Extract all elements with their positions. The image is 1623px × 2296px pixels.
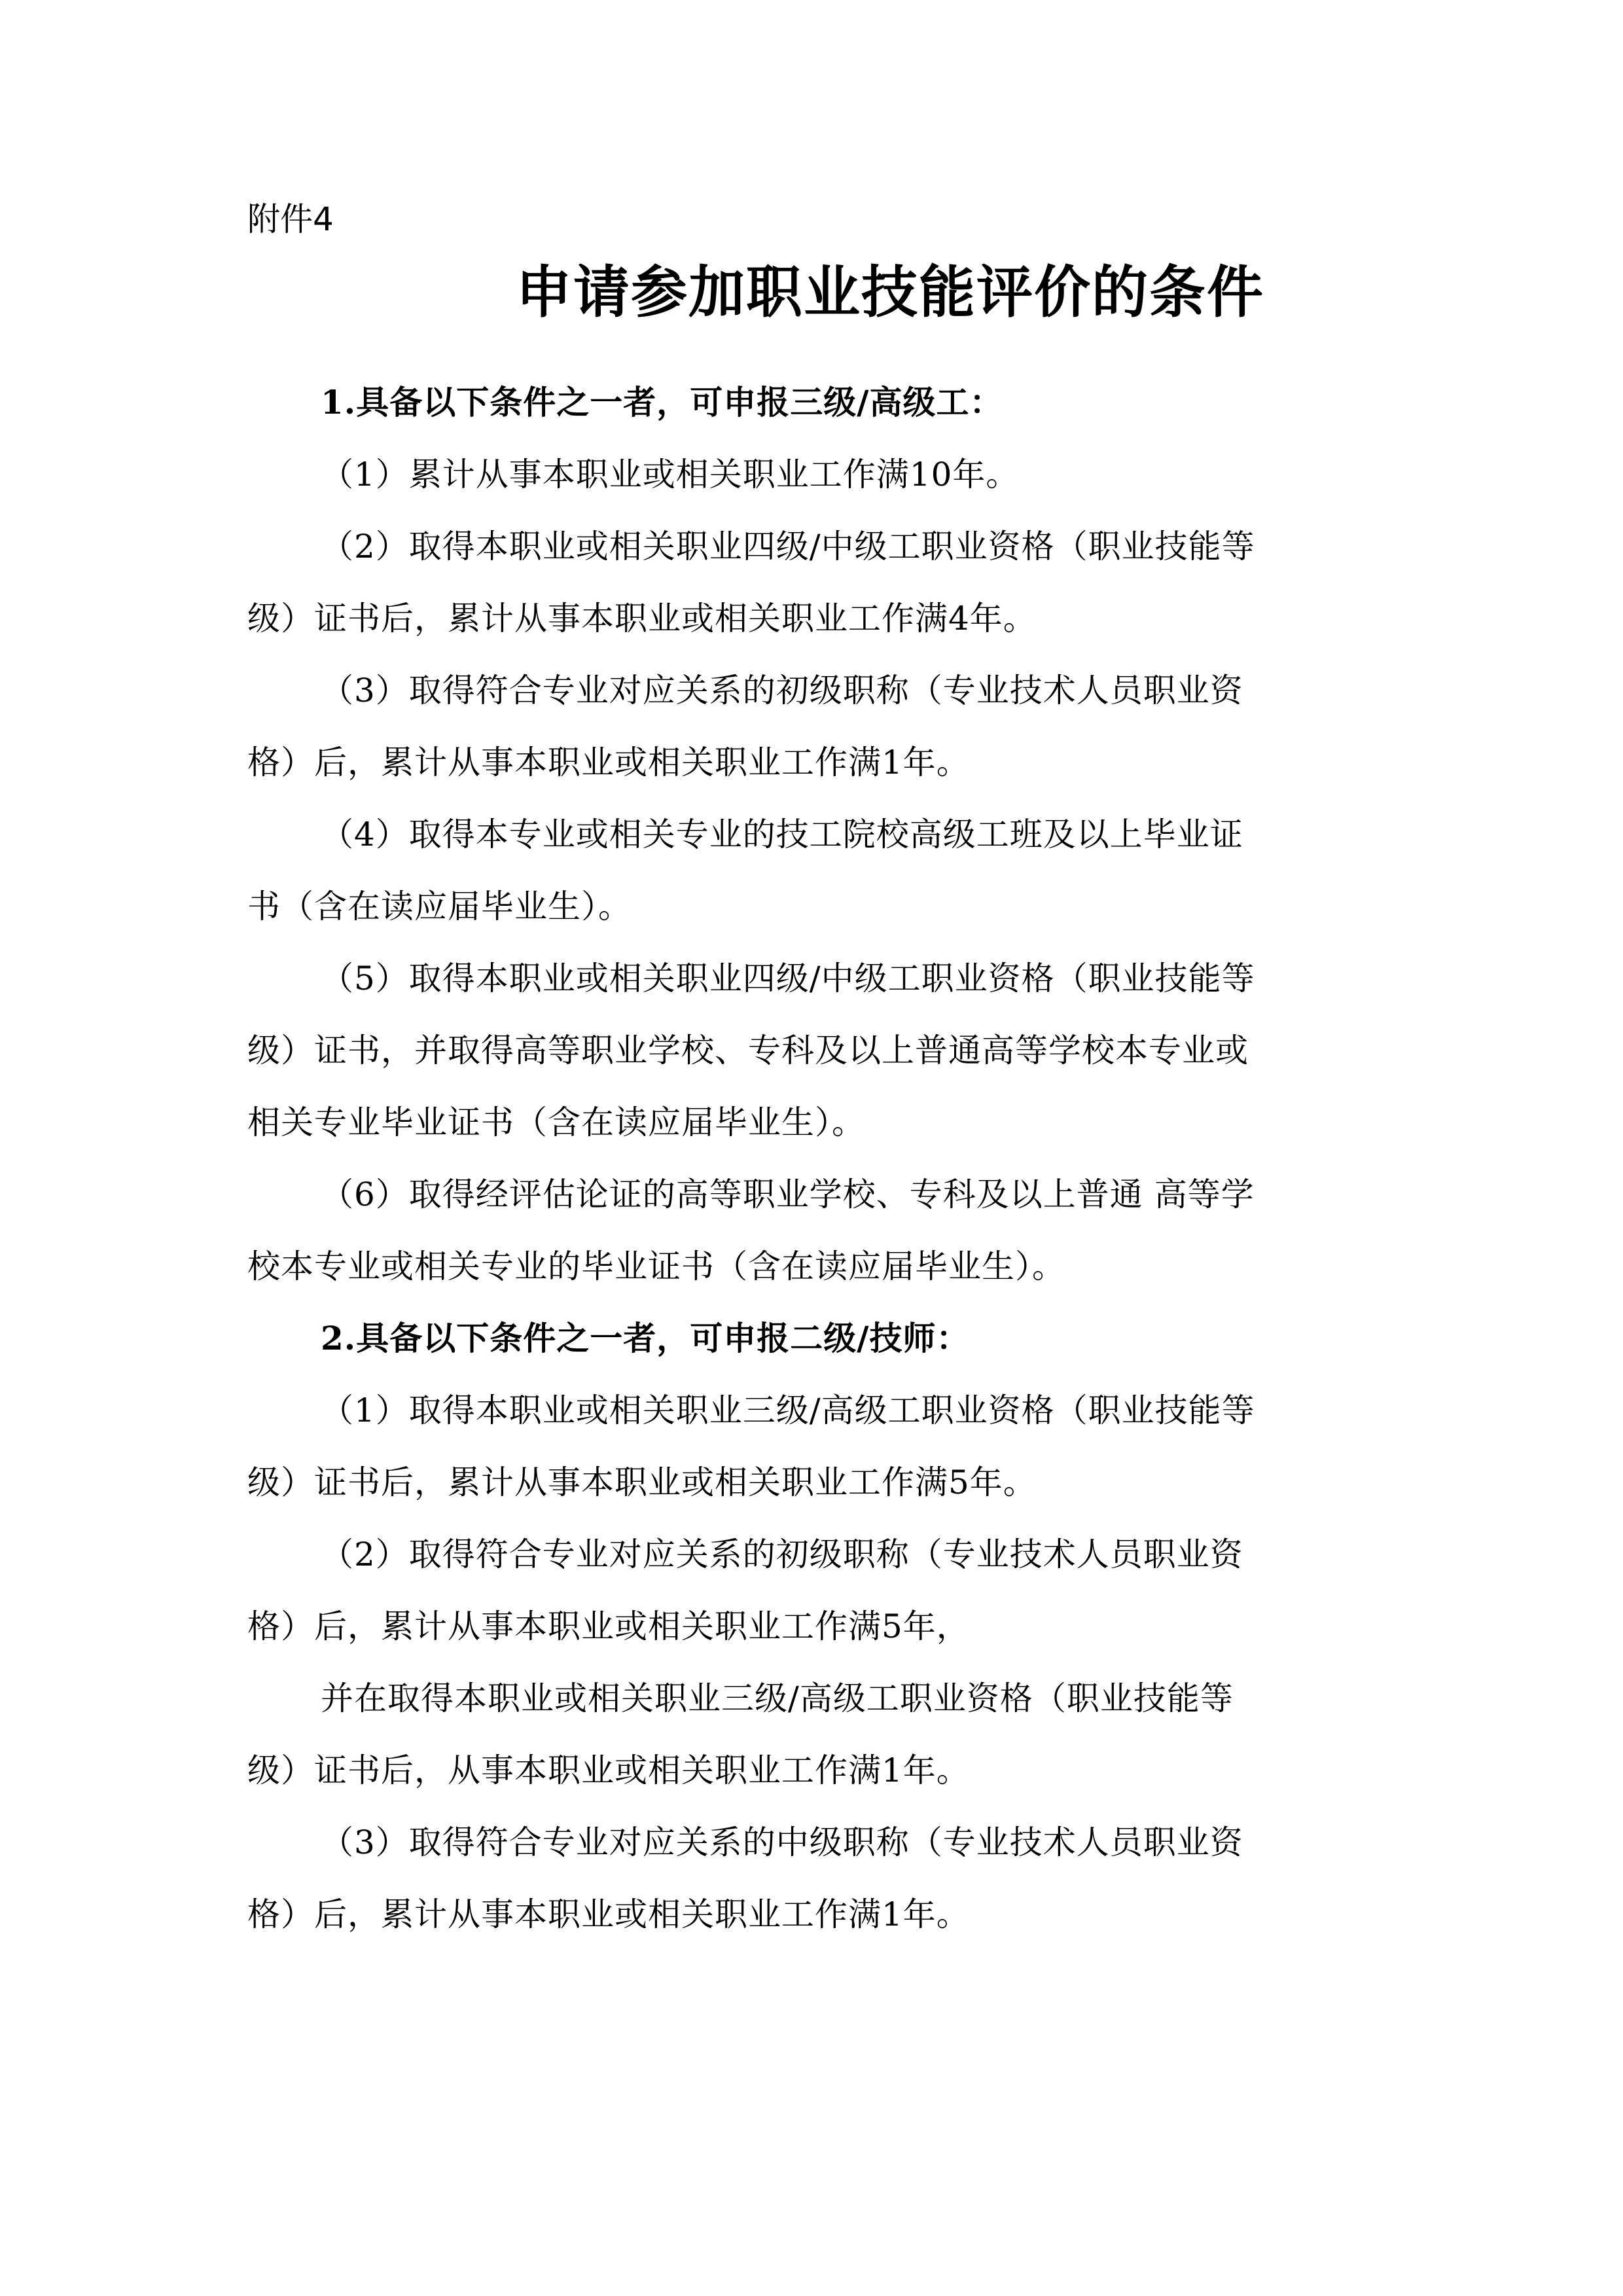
- paragraph-line: 格）后，累计从事本职业或相关职业工作满1年。: [247, 1878, 1389, 1950]
- paragraph-line: 格）后，累计从事本职业或相关职业工作满5年，: [247, 1590, 1389, 1662]
- paragraph-line: 级）证书后，从事本职业或相关职业工作满1年。: [247, 1734, 1389, 1806]
- paragraph-line: （6）取得经评估论证的高等职业学校、专科及以上普通 高等学: [247, 1158, 1389, 1230]
- paragraph-line: （1）累计从事本职业或相关职业工作满10年。: [247, 439, 1389, 511]
- paragraph-line: 级）证书后，累计从事本职业或相关职业工作满4年。: [247, 583, 1389, 655]
- paragraph-line: （5）取得本职业或相关职业四级/中级工职业资格（职业技能等: [247, 942, 1389, 1014]
- document-title: 申请参加职业技能评价的条件: [0, 257, 1623, 329]
- paragraph-line: （2）取得本职业或相关职业四级/中级工职业资格（职业技能等: [247, 511, 1389, 583]
- paragraph-line: 相关专业毕业证书（含在读应届毕业生）。: [247, 1086, 1389, 1158]
- paragraph-line: （2）取得符合专业对应关系的初级职称（专业技术人员职业资: [247, 1518, 1389, 1590]
- document-body: 1.具备以下条件之一者，可申报三级/高级工： （1）累计从事本职业或相关职业工作…: [247, 367, 1389, 1950]
- section-heading-2: 2.具备以下条件之一者，可申报二级/技师：: [247, 1302, 1389, 1374]
- paragraph-line: 并在取得本职业或相关职业三级/高级工职业资格（职业技能等: [247, 1662, 1389, 1734]
- paragraph-line: 格）后，累计从事本职业或相关职业工作满1年。: [247, 726, 1389, 798]
- paragraph-line: 级）证书，并取得高等职业学校、专科及以上普通高等学校本专业或: [247, 1014, 1389, 1086]
- paragraph-line: 校本专业或相关专业的毕业证书（含在读应届毕业生）。: [247, 1230, 1389, 1302]
- paragraph-line: （3）取得符合专业对应关系的初级职称（专业技术人员职业资: [247, 655, 1389, 726]
- paragraph-line: （1）取得本职业或相关职业三级/高级工职业资格（职业技能等: [247, 1374, 1389, 1446]
- section-heading-1: 1.具备以下条件之一者，可申报三级/高级工：: [247, 367, 1389, 439]
- paragraph-line: （4）取得本专业或相关专业的技工院校高级工班及以上毕业证: [247, 798, 1389, 870]
- paragraph-line: 书（含在读应届毕业生）。: [247, 870, 1389, 942]
- document-page: 附件4 申请参加职业技能评价的条件 1.具备以下条件之一者，可申报三级/高级工：…: [0, 0, 1623, 2296]
- annex-label: 附件4: [247, 196, 334, 242]
- paragraph-line: （3）取得符合专业对应关系的中级职称（专业技术人员职业资: [247, 1806, 1389, 1878]
- paragraph-line: 级）证书后，累计从事本职业或相关职业工作满5年。: [247, 1446, 1389, 1518]
